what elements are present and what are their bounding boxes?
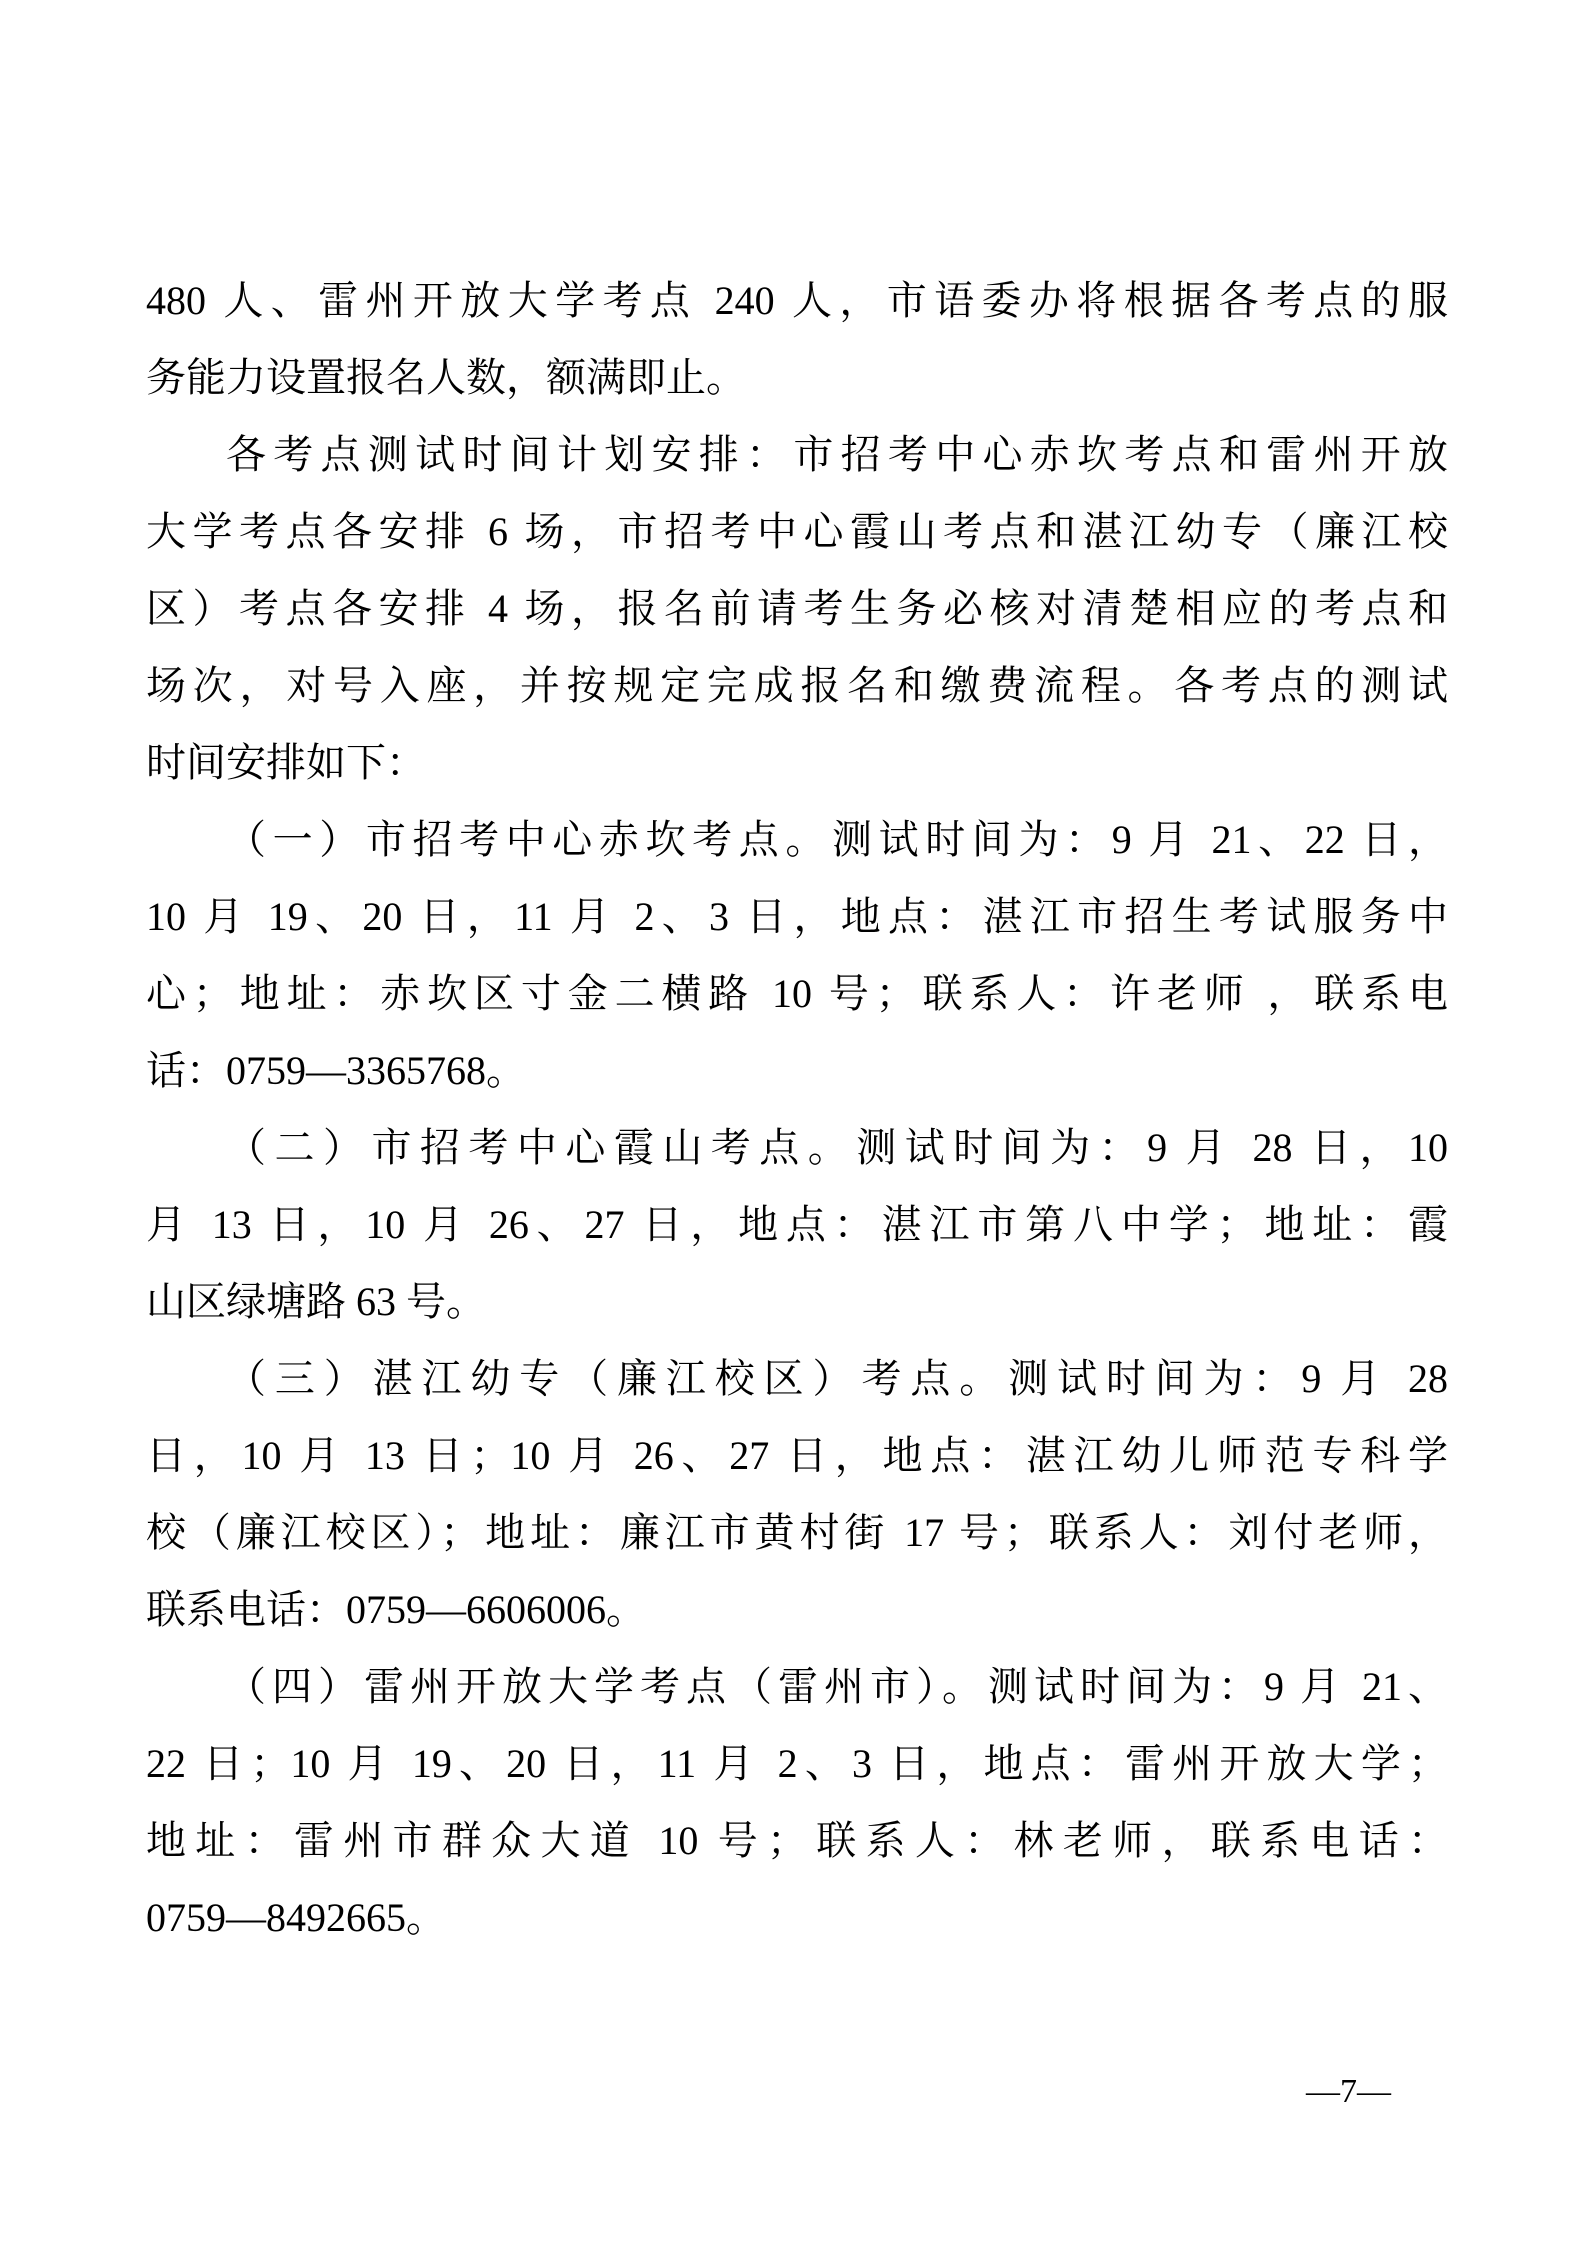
text-line: 联系电话：0759—6606006。 [146,1571,1448,1648]
text-line: （三）湛江幼专（廉江校区）考点。测试时间为：9 月 28 [146,1340,1448,1417]
text-line: 山区绿塘路 63 号。 [146,1263,1448,1340]
text-line: 日，10 月 13 日；10 月 26、27 日，地点：湛江幼儿师范专科学 [146,1417,1448,1494]
text-line: 地址：雷州市群众大道 10 号；联系人：林老师，联系电话： [146,1802,1448,1879]
page-number: —7— [1306,2072,1391,2112]
text-line: 场次，对号入座，并按规定完成报名和缴费流程。各考点的测试 [146,647,1448,724]
text-line: （一）市招考中心赤坎考点。测试时间为：9 月 21、22 日， [146,801,1448,878]
text-line: 各考点测试时间计划安排：市招考中心赤坎考点和雷州开放 [146,416,1448,493]
text-line: 话：0759—3365768。 [146,1032,1448,1109]
text-line: 大学考点各安排 6 场，市招考中心霞山考点和湛江幼专（廉江校 [146,493,1448,570]
text-line: 480 人、雷州开放大学考点 240 人，市语委办将根据各考点的服 [146,262,1448,339]
text-line: 10 月 19、20 日，11 月 2、3 日，地点：湛江市招生考试服务中 [146,878,1448,955]
document-body: 480 人、雷州开放大学考点 240 人，市语委办将根据各考点的服 务能力设置报… [146,262,1448,1956]
text-line: 时间安排如下： [146,724,1448,801]
text-line: 区）考点各安排 4 场，报名前请考生务必核对清楚相应的考点和 [146,570,1448,647]
text-line: 心；地址：赤坎区寸金二横路 10 号；联系人：许老师 ，联系电 [146,955,1448,1032]
text-line: 务能力设置报名人数，额满即止。 [146,339,1448,416]
text-line: 22 日；10 月 19、20 日，11 月 2、3 日，地点：雷州开放大学； [146,1725,1448,1802]
text-line: 0759—8492665。 [146,1879,1448,1956]
text-line: 校（廉江校区）；地址：廉江市黄村街 17 号；联系人：刘付老师， [146,1494,1448,1571]
text-line: （二）市招考中心霞山考点。测试时间为：9 月 28 日，10 [146,1109,1448,1186]
text-line: （四）雷州开放大学考点（雷州市）。测试时间为：9 月 21、 [146,1648,1448,1725]
text-line: 月 13 日，10 月 26、27 日，地点：湛江市第八中学；地址：霞 [146,1186,1448,1263]
